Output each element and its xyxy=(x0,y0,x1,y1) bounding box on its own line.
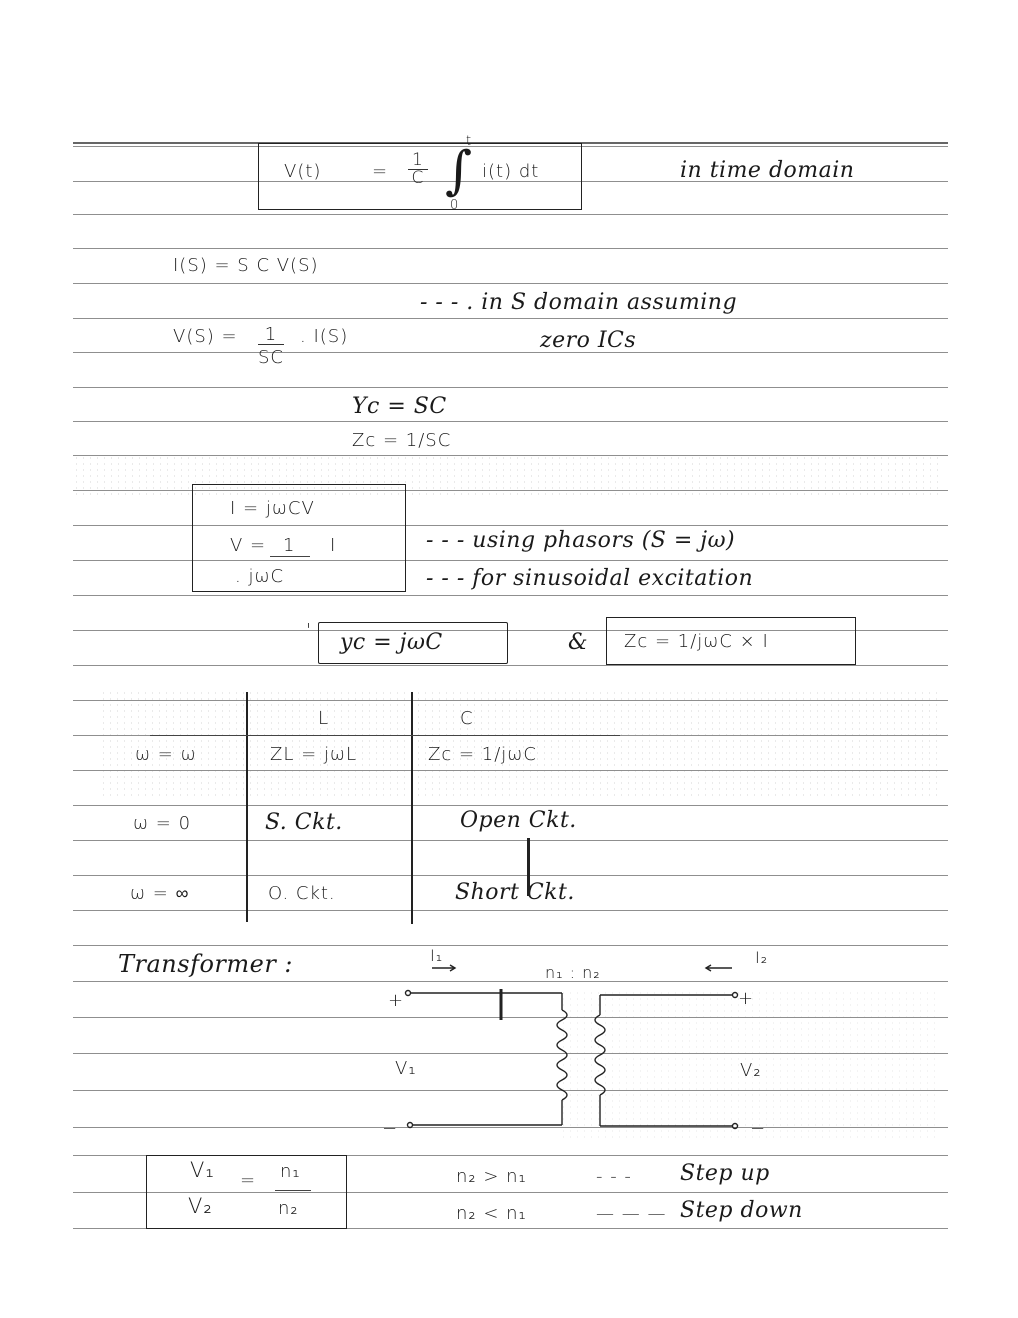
vt-fraction: 1 C xyxy=(408,152,428,187)
phasor-voltage-den: . jωC xyxy=(235,568,284,586)
step-down-dash: — — — xyxy=(596,1205,666,1223)
table-row-3-c: Short Ckt. xyxy=(455,882,575,904)
step-up-dash: - - - xyxy=(596,1168,632,1186)
vs-rhs: . I(S) xyxy=(300,328,348,346)
integral-upper-limit: t xyxy=(466,135,472,148)
table-header-c: C xyxy=(460,710,474,728)
table-header-l: L xyxy=(318,710,329,728)
fraction-bar xyxy=(270,556,310,557)
zc-s-equation: Zc = 1/SC xyxy=(352,432,451,450)
table-header-rule xyxy=(150,735,620,736)
step-down-condition: n₂ < n₁ xyxy=(456,1205,527,1223)
pen-mark xyxy=(527,838,530,896)
ruled-line xyxy=(73,805,948,806)
is-equation: I(S) = S C V(S) xyxy=(173,257,319,275)
ruled-line xyxy=(73,840,948,841)
ruled-line xyxy=(73,595,948,596)
step-up-condition: n₂ > n₁ xyxy=(456,1168,527,1186)
transformer-heading: Transformer : xyxy=(118,952,293,976)
ruled-line xyxy=(73,283,948,284)
integrand: i(t) dt xyxy=(482,163,539,181)
integral-sign: ∫ xyxy=(445,145,472,197)
vs-fraction: 1 SC xyxy=(258,326,284,367)
ratio-v2: V₂ xyxy=(188,1196,213,1217)
table-divider-2 xyxy=(411,692,413,924)
table-row-1-l: ZL = jωL xyxy=(270,746,357,764)
table-row-1-c: Zc = 1/jωC xyxy=(428,746,537,764)
vt-equals: = xyxy=(372,163,388,181)
ampersand: & xyxy=(568,632,588,654)
table-row-2-l: S. Ckt. xyxy=(265,812,343,834)
phasor-voltage-rhs: I xyxy=(330,537,336,555)
ratio-n2: n₂ xyxy=(278,1200,299,1218)
phasor-current-equation: I = jωCV xyxy=(230,500,315,518)
step-down-label: Step down xyxy=(680,1200,803,1222)
phasor-voltage-num: 1 xyxy=(283,537,295,555)
table-row-3-l: O. Ckt. xyxy=(268,885,336,903)
ruled-line xyxy=(73,665,948,666)
ruled-line xyxy=(73,318,948,319)
phasor-note-line1: - - - using phasors (S = jω) xyxy=(426,530,735,552)
notebook-page: V(t) = 1 C ∫ t 0 i(t) dt in time domain … xyxy=(0,0,1018,1318)
ruled-line xyxy=(73,214,948,215)
table-row-3-cond: ω = ∞ xyxy=(130,885,189,903)
table-row-2-cond: ω = 0 xyxy=(133,815,191,833)
time-domain-note: in time domain xyxy=(680,160,854,182)
s-domain-note-line1: - - - . in S domain assuming xyxy=(420,292,737,314)
ruled-line xyxy=(73,248,948,249)
tick-mark: ' xyxy=(306,622,312,640)
zc-phasor-equation: Zc = 1/jωC × I xyxy=(624,633,769,651)
yc-s-equation: Yc = SC xyxy=(352,396,447,418)
voltage-ratio-box xyxy=(146,1155,347,1229)
fraction-bar xyxy=(275,1190,311,1191)
s-domain-note-line2: zero ICs xyxy=(540,330,636,352)
vt-lhs: V(t) xyxy=(284,163,321,181)
ruled-line xyxy=(73,421,948,422)
table-divider-1 xyxy=(246,692,248,922)
phasor-note-line2: - - - for sinusoidal excitation xyxy=(426,568,753,590)
ratio-v1: V₁ xyxy=(190,1160,215,1181)
ruled-line xyxy=(73,387,948,388)
transformer-circuit-diagram xyxy=(360,940,780,1140)
ratio-n1: n₁ xyxy=(280,1163,301,1181)
step-up-label: Step up xyxy=(680,1163,770,1185)
table-row-1-cond: ω = ω xyxy=(135,746,197,764)
ratio-equals: = xyxy=(240,1172,256,1190)
vs-lhs: V(S) = xyxy=(173,328,238,346)
ruled-line xyxy=(73,910,948,911)
ruled-line xyxy=(73,875,948,876)
phasor-voltage-lhs: V = xyxy=(230,537,266,555)
ruled-line xyxy=(73,352,948,353)
yc-phasor-equation: yc = jωC xyxy=(340,632,443,654)
integral-lower-limit: 0 xyxy=(450,199,459,212)
table-row-2-c: Open Ckt. xyxy=(460,810,577,832)
